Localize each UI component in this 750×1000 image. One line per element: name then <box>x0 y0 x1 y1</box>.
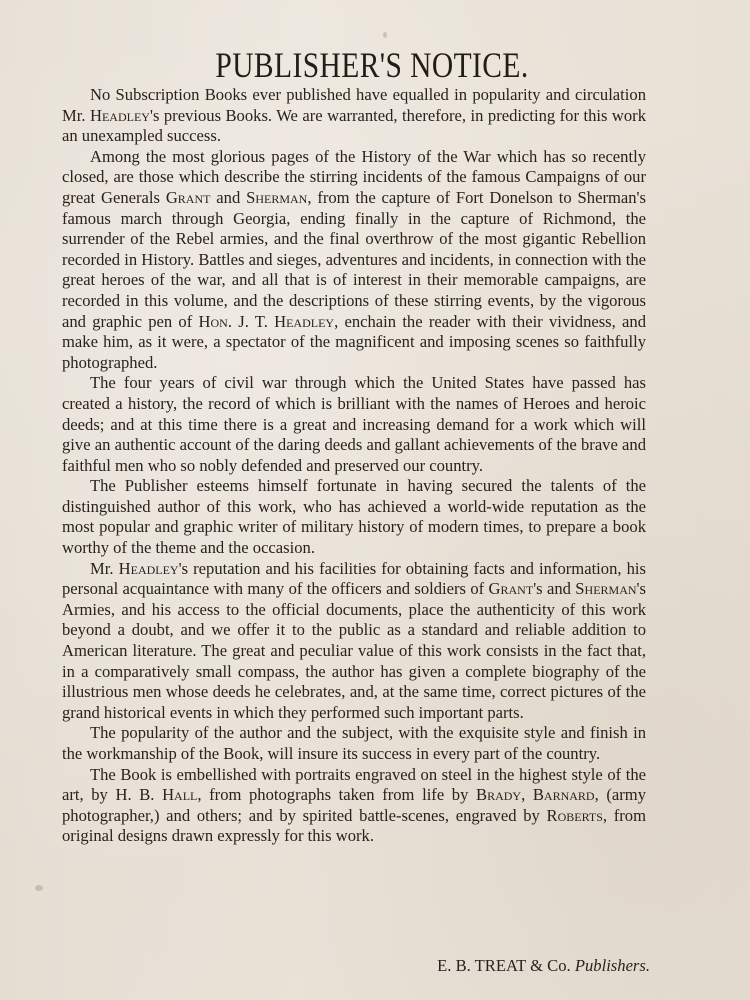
notice-body: No Subscription Books ever published hav… <box>62 85 646 847</box>
text-segment: 's previous Books. We are warranted, the… <box>62 106 646 146</box>
text-segment: 's Armies, and his access to the officia… <box>62 579 646 722</box>
paragraph: The four years of civil war through whic… <box>62 373 646 476</box>
publisher-name: E. B. TREAT & Co. <box>437 956 571 975</box>
text-segment: The four years of civil war through whic… <box>62 373 646 474</box>
proper-name: Hon. J. T. Headley <box>199 312 335 331</box>
text-segment: , from photographs taken from life by <box>197 785 476 804</box>
proper-name: Headley <box>119 559 179 578</box>
paragraph: No Subscription Books ever published hav… <box>62 85 646 147</box>
text-segment: The popularity of the author and the sub… <box>62 723 646 763</box>
proper-name: Brady <box>476 785 521 804</box>
text-segment: The Publisher esteems himself fortunate … <box>62 476 646 557</box>
proper-name: Headley <box>90 106 150 125</box>
publisher-signature: E. B. TREAT & Co. Publishers. <box>437 956 650 976</box>
paragraph: Among the most glorious pages of the His… <box>62 147 646 374</box>
proper-name: Sherman <box>575 579 636 598</box>
text-segment: , <box>521 785 533 804</box>
proper-name: Hall <box>162 785 197 804</box>
proper-name: Grant <box>489 579 534 598</box>
proper-name: Barnard <box>533 785 595 804</box>
proper-name: Roberts <box>547 806 603 825</box>
paragraph: Mr. Headley's reputation and his facilit… <box>62 559 646 724</box>
paragraph: The Publisher esteems himself fortunate … <box>62 476 646 558</box>
paragraph: The Book is embellished with portraits e… <box>62 765 646 847</box>
proper-name: Sherman <box>246 188 307 207</box>
paper-stain <box>35 885 43 891</box>
publisher-role: Publishers. <box>575 956 650 975</box>
text-segment: Mr. <box>90 559 119 578</box>
page-title: PUBLISHER'S NOTICE. <box>118 44 626 86</box>
text-segment: , from the capture of Fort Donelson to S… <box>62 188 646 331</box>
paper-stain <box>383 32 387 38</box>
proper-name: Grant <box>166 188 211 207</box>
text-segment: and <box>210 188 246 207</box>
paragraph: The popularity of the author and the sub… <box>62 723 646 764</box>
text-segment: 's and <box>533 579 575 598</box>
